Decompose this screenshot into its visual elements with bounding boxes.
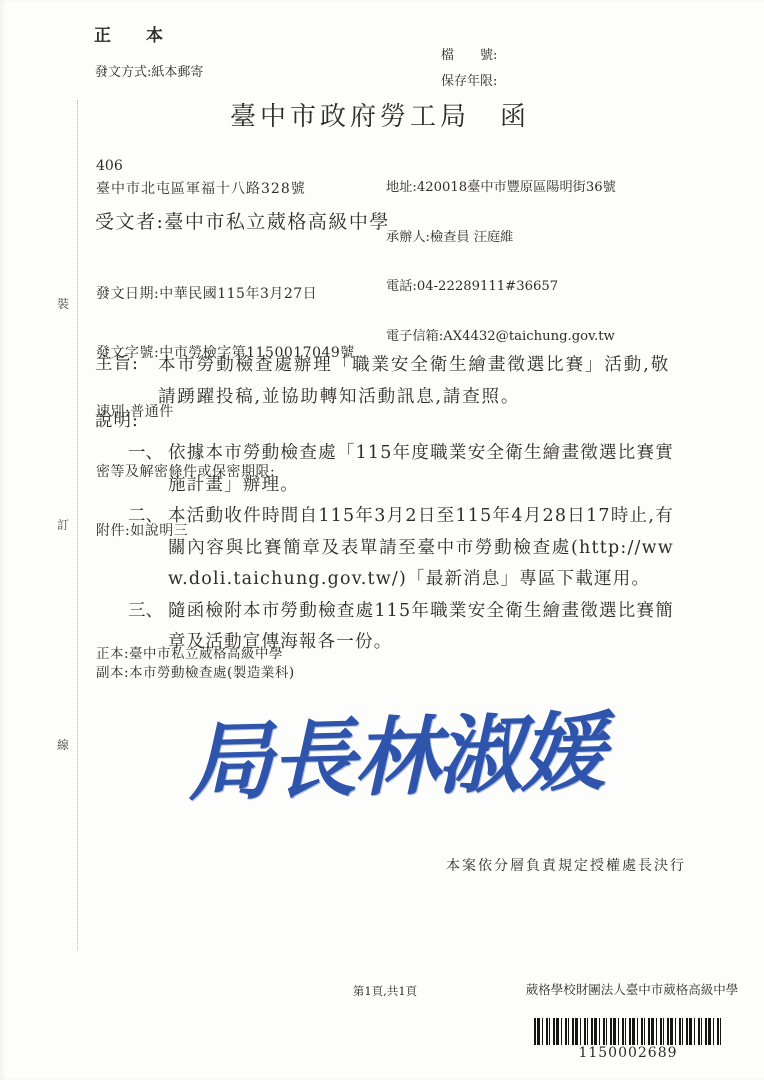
page-number: 第1頁,共1頁 (300, 983, 470, 999)
retention-period-label: 保存年限: (441, 70, 497, 89)
sender-contact-person: 承辦人:檢查員 汪庭維 (386, 230, 616, 247)
director-signature-stamp: 局長林淑媛 (186, 684, 670, 842)
item-text: 依據本市勞動檢查處「115年度職業安全衛生繪畫徵選比賽實施計畫」辦理。 (168, 438, 674, 501)
recipient-postal-code: 406 (96, 158, 123, 174)
delivery-method: 發文方式:紙本郵寄 (95, 61, 203, 80)
recipient-line: 受文者:臺中市私立葳格高級中學 (95, 207, 390, 234)
sender-email: 電子信箱:AX4432@taichung.gov.tw (386, 329, 616, 346)
barcode-number: 1150002689 (534, 1045, 722, 1061)
recipient-address: 臺中市北屯區軍福十八路328號 (96, 178, 306, 198)
barcode (534, 1018, 722, 1045)
receiver-full-name: 葳格學校財團法人臺中市葳格高級中學 (524, 981, 740, 998)
issue-date: 發文日期:中華民國115年3月27日 (96, 285, 355, 305)
subject-label: 主旨: (95, 350, 158, 413)
list-item: 一、 依據本市勞動檢查處「115年度職業安全衛生繪畫徵選比賽實施計畫」辦理。 (128, 438, 688, 501)
delegation-note: 本案依分層負責規定授權處長決行 (446, 855, 686, 875)
copy-type-label: 正 本 (94, 21, 172, 46)
description-items: 一、 依據本市勞動檢查處「115年度職業安全衛生繪畫徵選比賽實施計畫」辦理。 二… (128, 438, 688, 659)
sender-address: 地址:420018臺中市豐原區陽明街36號 (386, 180, 616, 197)
scanned-official-letter: 正 本 發文方式:紙本郵寄 檔 號: 保存年限: 臺中市政府勞工局 函 地址:4… (0, 0, 764, 1080)
item-number: 一、 (128, 438, 168, 501)
description-label: 說明: (95, 407, 139, 432)
binding-mark-ding: 訂 (57, 516, 69, 533)
document-title: 臺中市政府勞工局 函 (0, 96, 760, 133)
original-recipient: 正本:臺中市私立葳格高級中學 (96, 642, 283, 662)
subject-text: 本市勞動檢查處辦理「職業安全衛生繪畫徵選比賽」活動,敬請踴躍投稿,並協助轉知活動… (158, 350, 670, 413)
sender-phone: 電話:04-22289111#36657 (386, 279, 616, 296)
sender-contact-block: 地址:420018臺中市豐原區陽明街36號 承辦人:檢查員 汪庭維 電話:04-… (386, 147, 616, 378)
subject-section: 主旨: 本市勞動檢查處辦理「職業安全衛生繪畫徵選比賽」活動,敬請踴躍投稿,並協助… (95, 350, 675, 413)
file-number-label: 檔 號: (441, 44, 497, 63)
binding-mark-zhuang: 裝 (57, 295, 69, 312)
item-number: 二、 (128, 501, 168, 596)
binding-mark-xian: 線 (57, 736, 69, 753)
binding-dotted-line (77, 100, 78, 950)
list-item: 二、 本活動收件時間自115年3月2日至115年4月28日17時止,有關內容與比… (128, 501, 688, 596)
copy-recipient: 副本:本市勞動檢查處(製造業科) (96, 661, 295, 681)
item-text: 本活動收件時間自115年3月2日至115年4月28日17時止,有關內容與比賽簡章… (168, 501, 674, 596)
